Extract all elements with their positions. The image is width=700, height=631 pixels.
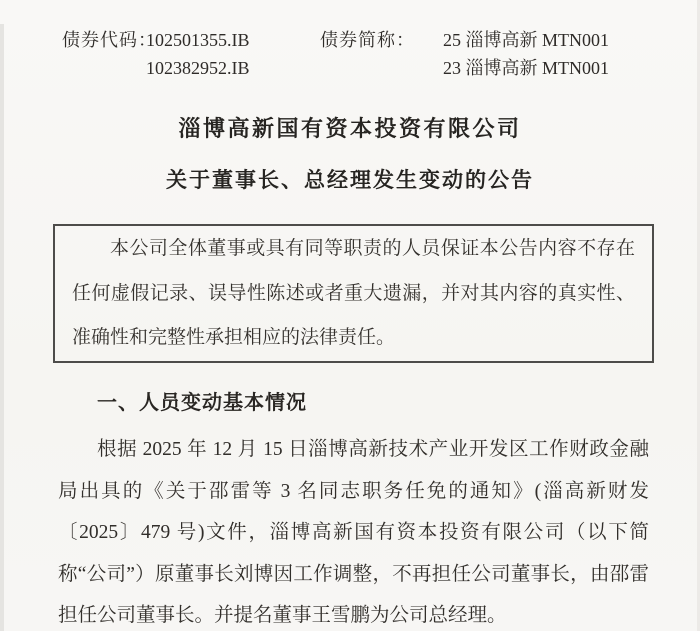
- disclaimer-box: 本公司全体董事或具有同等职责的人员保证本公告内容不存在任何虚假记录、误导性陈述或…: [53, 224, 654, 363]
- document-title-subject: 关于董事长、总经理发生变动的公告: [0, 164, 700, 194]
- document-title: 淄博高新国有资本投资有限公司 关于董事长、总经理发生变动的公告: [0, 112, 700, 194]
- bond-name-value: 25 淄博高新 MTN001: [443, 26, 609, 54]
- bond-name-list: 25 淄博高新 MTN001 23 淄博高新 MTN001: [443, 26, 609, 82]
- bond-name-label: 债券简称：: [320, 26, 415, 54]
- section-heading-personnel-change: 一、人员变动基本情况: [97, 386, 307, 415]
- announcement-document-page: 债券代码： 102501355.IB 102382952.IB 债券简称： 25…: [0, 0, 700, 631]
- document-title-company: 淄博高新国有资本投资有限公司: [0, 112, 700, 143]
- bond-name-value: 23 淄博高新 MTN001: [443, 54, 609, 82]
- bond-code-value: 102501355.IB: [146, 26, 250, 54]
- disclaimer-text: 本公司全体董事或具有同等职责的人员保证本公告内容不存在任何虚假记录、误导性陈述或…: [72, 227, 635, 361]
- body-paragraph-personnel-change: 根据 2025 年 12 月 15 日淄博高新技术产业开发区工作财政金融局出具的…: [58, 429, 649, 631]
- bond-code-label: 债券代码：: [62, 26, 157, 54]
- bond-code-list: 102501355.IB 102382952.IB: [146, 26, 250, 82]
- bond-code-value: 102382952.IB: [146, 54, 250, 82]
